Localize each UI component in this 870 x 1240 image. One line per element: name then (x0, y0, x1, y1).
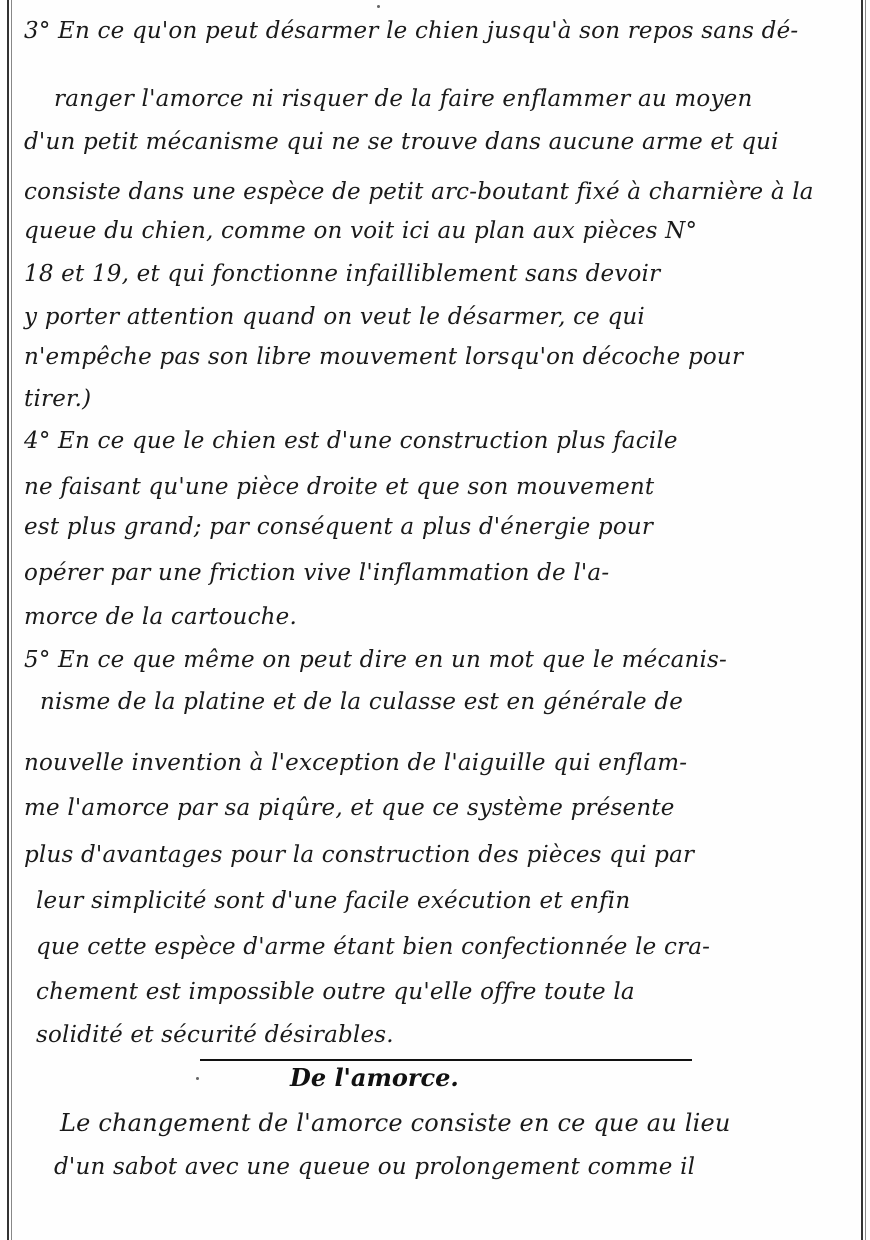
manuscript-page: 3° En ce qu'on peut désarmer le chien ju… (0, 0, 870, 1240)
text-line: ranger l'amorce ni risquer de la faire e… (54, 84, 870, 114)
text-line: n'empêche pas son libre mouvement lorsqu… (24, 342, 854, 372)
text-line: 4° En ce que le chien est d'une construc… (24, 426, 854, 456)
text-line: ne faisant qu'une pièce droite et que so… (24, 472, 854, 502)
text-line: que cette espèce d'arme étant bien confe… (36, 932, 866, 962)
text-line: leur simplicité sont d'une facile exécut… (36, 886, 866, 916)
section-heading: De l'amorce. (290, 1063, 459, 1092)
right-margin-rule-outer (865, 0, 866, 1240)
text-line: y porter attention quand on veut le désa… (24, 302, 854, 332)
ink-mark (377, 5, 380, 8)
text-line: nisme de la platine et de la culasse est… (40, 687, 870, 717)
text-line: 3° En ce qu'on peut désarmer le chien ju… (24, 16, 854, 46)
text-line: consiste dans une espèce de petit arc-bo… (24, 177, 854, 207)
text-line: queue du chien, comme on voit ici au pla… (24, 216, 854, 246)
text-line: plus d'avantages pour la construction de… (24, 840, 854, 870)
text-line: Le changement de l'amorce consiste en ce… (60, 1108, 870, 1138)
text-line: d'un petit mécanisme qui ne se trouve da… (24, 127, 854, 157)
text-line: nouvelle invention à l'exception de l'ai… (24, 748, 854, 778)
text-line: solidité et sécurité désirables. (36, 1020, 866, 1050)
text-line: d'un sabot avec une queue ou prolongemen… (54, 1152, 870, 1182)
text-line: est plus grand; par conséquent a plus d'… (24, 512, 854, 542)
left-margin-rule (7, 0, 9, 1240)
text-line: 18 et 19, et qui fonctionne infailliblem… (24, 259, 854, 289)
right-margin-rule (861, 0, 863, 1240)
left-margin-rule-inner (11, 0, 12, 1240)
text-line: opérer par une friction vive l'inflammat… (24, 558, 854, 588)
ink-mark (196, 1077, 199, 1080)
text-line: 5° En ce que même on peut dire en un mot… (24, 645, 854, 675)
text-line: me l'amorce par sa piqûre, et que ce sys… (24, 793, 854, 823)
text-line: morce de la cartouche. (24, 602, 854, 632)
text-line: chement est impossible outre qu'elle off… (36, 977, 866, 1007)
text-line: tirer.) (24, 384, 854, 414)
section-divider (200, 1059, 692, 1061)
